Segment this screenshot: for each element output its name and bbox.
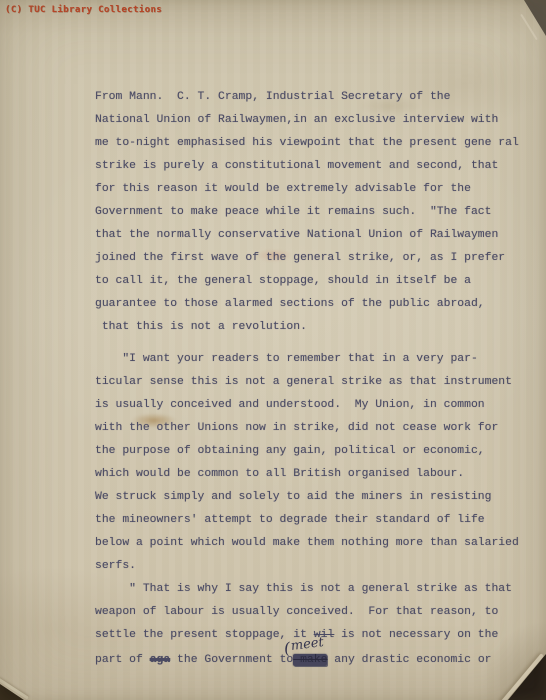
text-line: is usually conceived and understood. My … <box>95 394 531 417</box>
crease-line <box>520 14 538 41</box>
text-line: National Union of Railwaymen,in an exclu… <box>95 109 531 132</box>
paragraph: " That is why I say this is not a genera… <box>95 578 531 670</box>
typed-text: any drastic economic or <box>327 654 491 666</box>
typed-text: serfs. <box>95 560 136 572</box>
text-line: for this reason it would be extremely ad… <box>95 178 531 201</box>
page-corner-fold-top-right <box>524 0 546 36</box>
page-corner-fold-bottom-left <box>0 684 24 700</box>
typed-text: guarantee to those alarmed sections of t… <box>95 298 485 310</box>
typed-text: From Mann. C. T. Cramp, Industrial Secre… <box>95 91 450 103</box>
text-line: guarantee to those alarmed sections of t… <box>95 293 531 316</box>
text-line: to call it, the general stoppage, should… <box>95 270 531 293</box>
text-line: below a point which would make them noth… <box>95 532 531 555</box>
typed-text: me to-night emphasised his viewpoint tha… <box>95 137 519 149</box>
typed-text: that this is not a revolution. <box>95 321 307 333</box>
typed-text: settle the present stoppage, it <box>95 629 314 641</box>
paragraph: From Mann. C. T. Cramp, Industrial Secre… <box>95 86 531 339</box>
typed-text: "I want your readers to remember that in… <box>95 353 478 365</box>
text-line: serfs. <box>95 555 531 578</box>
typed-text: strike is purely a constitutional moveme… <box>95 160 498 172</box>
text-line: the purpose of obtaining any gain, polit… <box>95 440 531 463</box>
text-line: the mineowners' attempt to degrade their… <box>95 509 531 532</box>
typed-text: National Union of Railwaymen,in an exclu… <box>95 114 498 126</box>
typed-text: with the other Unions now in strike, did… <box>95 422 498 434</box>
typed-text: the purpose of obtaining any gain, polit… <box>95 445 485 457</box>
document-body: From Mann. C. T. Cramp, Industrial Secre… <box>95 86 531 670</box>
typed-text: for this reason it would be extremely ad… <box>95 183 471 195</box>
text-line: part of aga the Government tomeet make a… <box>95 647 531 670</box>
text-line: that this is not a revolution. <box>95 316 531 339</box>
typed-text: ticular sense this is not a general stri… <box>95 376 512 388</box>
paper-edge-highlight <box>0 677 29 699</box>
text-line: that the normally conservative National … <box>95 224 531 247</box>
typed-text: Government to make peace while it remain… <box>95 206 491 218</box>
typed-text: below a point which would make them noth… <box>95 537 519 549</box>
typed-text: the Government to <box>170 654 293 666</box>
text-line: From Mann. C. T. Cramp, Industrial Secre… <box>95 86 531 109</box>
text-line: joined the first wave of the general str… <box>95 247 531 270</box>
struck-out-text: aga <box>150 654 171 666</box>
text-line: We struck simply and solely to aid the m… <box>95 486 531 509</box>
text-line: me to-night emphasised his viewpoint tha… <box>95 132 531 155</box>
text-line: "I want your readers to remember that in… <box>95 348 531 371</box>
struck-out-text: make <box>293 654 327 666</box>
text-line: " That is why I say this is not a genera… <box>95 578 531 601</box>
typed-text: which would be common to all British org… <box>95 468 464 480</box>
copyright-watermark: (C) TUC Library Collections <box>5 5 162 15</box>
typed-text: " That is why I say this is not a genera… <box>95 583 512 595</box>
text-line: with the other Unions now in strike, did… <box>95 417 531 440</box>
text-line: ticular sense this is not a general stri… <box>95 371 531 394</box>
typed-text: the mineowners' attempt to degrade their… <box>95 514 485 526</box>
paragraph: "I want your readers to remember that in… <box>95 348 531 578</box>
typed-text: is usually conceived and understood. My … <box>95 399 485 411</box>
typed-text: weapon of labour is usually conceived. F… <box>95 606 498 618</box>
text-line: which would be common to all British org… <box>95 463 531 486</box>
scanned-letter-page: (C) TUC Library Collections From Mann. C… <box>0 0 546 700</box>
text-line: weapon of labour is usually conceived. F… <box>95 601 531 624</box>
typed-text: is not necessary on the <box>334 629 498 641</box>
typed-text: We struck simply and solely to aid the m… <box>95 491 491 503</box>
text-line: strike is purely a constitutional moveme… <box>95 155 531 178</box>
text-line: Government to make peace while it remain… <box>95 201 531 224</box>
typed-text: to call it, the general stoppage, should… <box>95 275 471 287</box>
typed-text: part of <box>95 654 150 666</box>
typed-text: that the normally conservative National … <box>95 229 498 241</box>
typed-text: joined the first wave of the general str… <box>95 252 505 264</box>
